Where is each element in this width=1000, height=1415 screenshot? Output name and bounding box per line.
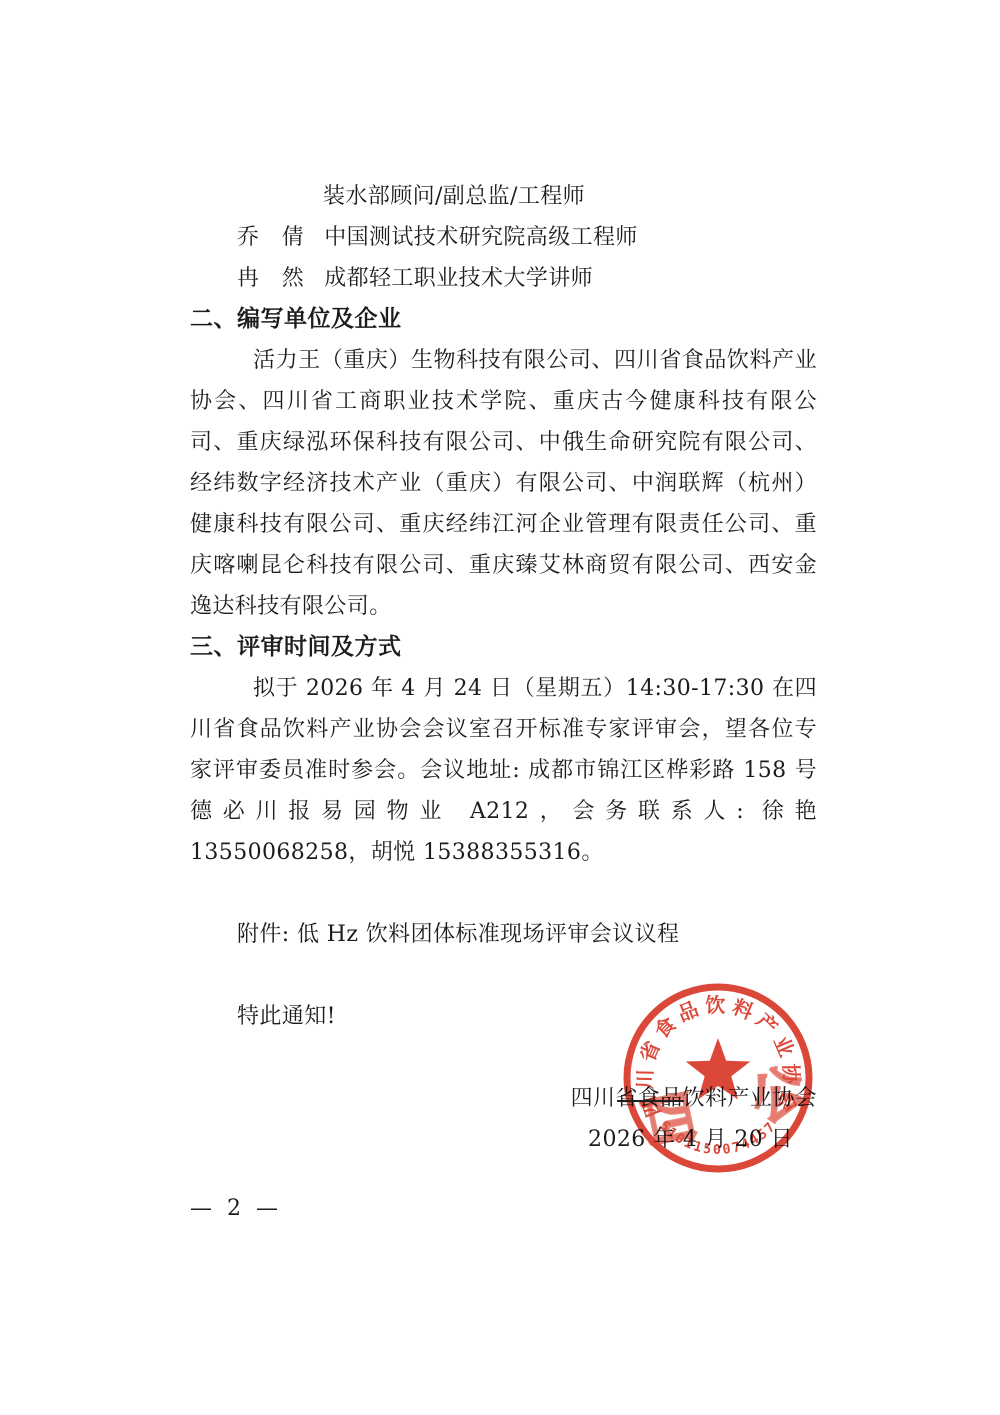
section-heading-units: 二、编写单位及企业	[190, 299, 817, 340]
official-seal: 四川省食品饮料产业协会 5101150074457 四 公	[618, 976, 818, 1180]
page-number: — 2 —	[190, 1196, 282, 1221]
section-body-review-time: 拟于 2026 年 4 月 24 日（星期五）14:30-17:30 在四川省食…	[190, 668, 817, 873]
document-page: 装水部顾问/副总监/工程师 乔 倩中国测试技术研究院高级工程师冉 然成都轻工职业…	[0, 0, 1000, 1415]
section-heading-review-time: 三、评审时间及方式	[190, 627, 817, 668]
attachment-text: 低 Hz 饮料团体标准现场评审会议议程	[297, 922, 679, 947]
expert-name: 乔 倩	[237, 217, 304, 258]
expert-title: 成都轻工职业技术大学讲师	[324, 258, 593, 299]
attachment-line: 附件: 低 Hz 饮料团体标准现场评审会议议程	[237, 914, 817, 955]
expert-title-continuation: 装水部顾问/副总监/工程师	[190, 176, 817, 217]
expert-row: 乔 倩中国测试技术研究院高级工程师	[237, 217, 817, 258]
attachment-label: 附件:	[237, 922, 297, 947]
expert-title: 中国测试技术研究院高级工程师	[324, 217, 638, 258]
seal-ghost-char-left: 四	[635, 1087, 699, 1151]
expert-name: 冉 然	[237, 258, 304, 299]
star-icon	[686, 1038, 751, 1100]
section-body-units: 活力王（重庆）生物科技有限公司、四川省食品饮料产业协会、四川省工商职业技术学院、…	[190, 340, 817, 627]
expert-row: 冉 然成都轻工职业技术大学讲师	[237, 258, 817, 299]
expert-list: 乔 倩中国测试技术研究院高级工程师冉 然成都轻工职业技术大学讲师	[190, 217, 817, 299]
scan-line-artifact	[617, 1100, 684, 1102]
